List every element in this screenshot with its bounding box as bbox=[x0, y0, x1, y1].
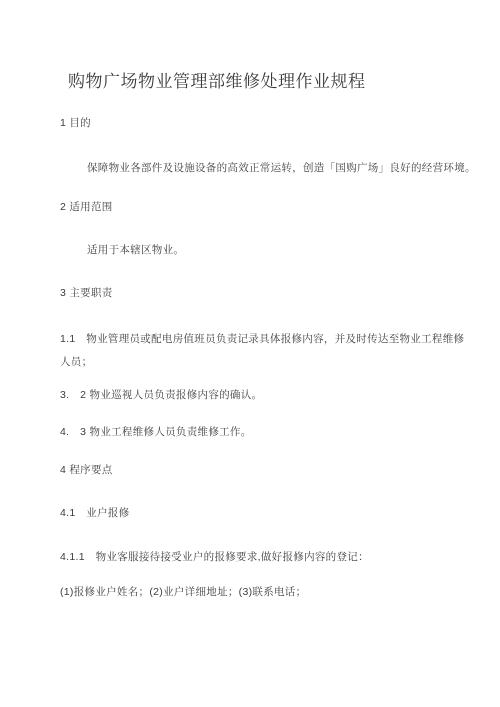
doc-paragraph: 1 目的 bbox=[60, 112, 490, 135]
doc-paragraph: 3. 2 物业巡视人员负责报修内容的确认。 bbox=[60, 384, 490, 407]
doc-paragraph: 适用于本辖区物业。 bbox=[87, 239, 500, 262]
document-title: 购物广场物业管理部维修处理作业规程 bbox=[68, 70, 366, 93]
doc-paragraph: 保障物业各部件及设施设备的高效正常运转，创造「国购广场」良好的经营环境。 bbox=[87, 157, 500, 180]
doc-paragraph: (1)报修业户姓名；(2)业户详细地址；(3)联系电话； bbox=[60, 581, 490, 604]
document-page: 购物广场物业管理部维修处理作业规程 1 目的保障物业各部件及设施设备的高效正常运… bbox=[0, 0, 500, 707]
doc-paragraph: 4 程序要点 bbox=[60, 459, 490, 482]
doc-paragraph: 3 主要职责 bbox=[60, 282, 490, 305]
doc-paragraph: 2 适用范围 bbox=[60, 196, 490, 219]
doc-paragraph: 4. 3 物业工程维修人员负责维修工作。 bbox=[60, 421, 490, 444]
doc-paragraph: 4.1.1 物业客服接待接受业户的报修要求,做好报修内容的登记： bbox=[60, 546, 490, 569]
doc-paragraph: 1.1 物业管理员或配电房值班员负责记录具体报修内容，并及时传达至物业工程维修 … bbox=[60, 328, 490, 374]
doc-paragraph: 4.1 业户报修 bbox=[60, 502, 490, 525]
